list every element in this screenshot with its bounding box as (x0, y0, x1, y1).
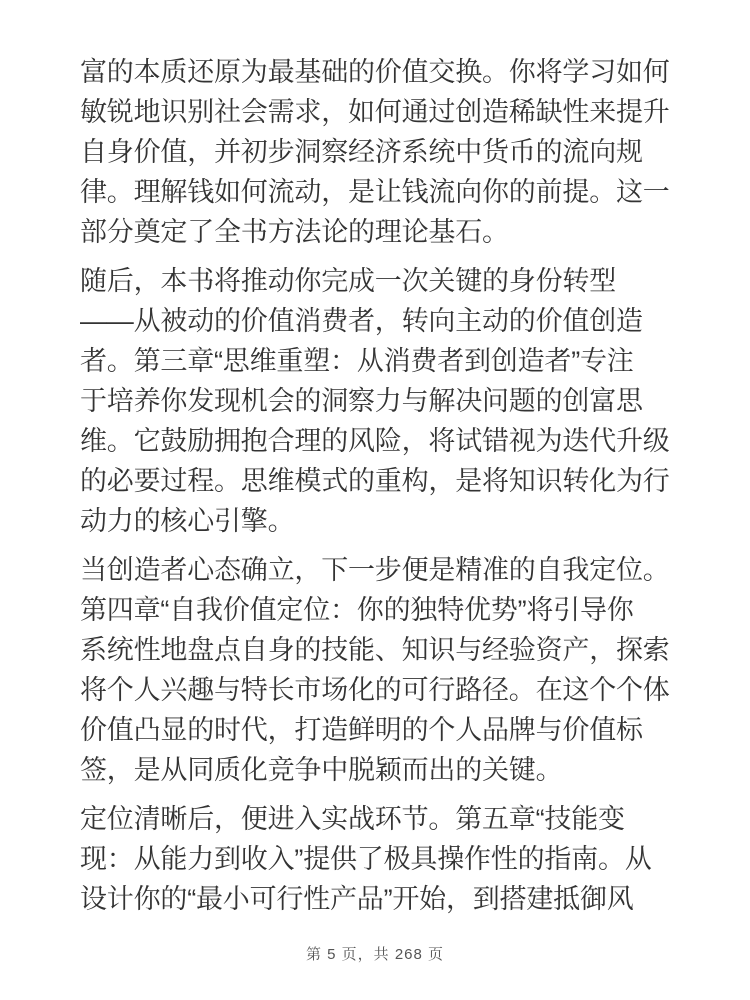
text-line: 系统性地盘点自身的技能、知识与经验资产，探索 (80, 630, 680, 670)
text-line: 设计你的“最小可行性产品”开始，到搭建抵御风 (80, 879, 680, 919)
paragraph: 当创造者心态确立，下一步便是精准的自我定位。第四章“自我价值定位：你的独特优势”… (80, 550, 680, 790)
text-line: 富的本质还原为最基础的价值交换。你将学习如何 (80, 52, 680, 92)
text-line: 于培养你发现机会的洞察力与解决问题的创富思 (80, 381, 680, 421)
text-line: 价值凸显的时代，打造鲜明的个人品牌与价值标 (80, 710, 680, 750)
text-line: 维。它鼓励拥抱合理的风险，将试错视为迭代升级 (80, 421, 680, 461)
page-body: 富的本质还原为最基础的价值交换。你将学习如何敏锐地识别社会需求，如何通过创造稀缺… (80, 52, 680, 928)
text-line: 敏锐地识别社会需求，如何通过创造稀缺性来提升 (80, 92, 680, 132)
text-line: 律。理解钱如何流动，是让钱流向你的前提。这一 (80, 172, 680, 212)
text-line: 的必要过程。思维模式的重构，是将知识转化为行 (80, 461, 680, 501)
document-page: 富的本质还原为最基础的价值交换。你将学习如何敏锐地识别社会需求，如何通过创造稀缺… (0, 0, 750, 1000)
text-line: 定位清晰后，便进入实战环节。第五章“技能变 (80, 799, 680, 839)
text-line: 当创造者心态确立，下一步便是精准的自我定位。 (80, 550, 680, 590)
text-line: 将个人兴趣与特长市场化的可行路径。在这个个体 (80, 670, 680, 710)
text-line: 第四章“自我价值定位：你的独特优势”将引导你 (80, 590, 680, 630)
paragraph: 定位清晰后，便进入实战环节。第五章“技能变现：从能力到收入”提供了极具操作性的指… (80, 799, 680, 919)
text-line: 自身价值，并初步洞察经济系统中货币的流向规 (80, 132, 680, 172)
text-line: 现：从能力到收入”提供了极具操作性的指南。从 (80, 839, 680, 879)
text-line: 随后，本书将推动你完成一次关键的身份转型 (80, 261, 680, 301)
text-line: 部分奠定了全书方法论的理论基石。 (80, 212, 680, 252)
text-line: 动力的核心引擎。 (80, 501, 680, 541)
page-number-indicator: 第 5 页，共 268 页 (0, 944, 750, 966)
paragraph: 富的本质还原为最基础的价值交换。你将学习如何敏锐地识别社会需求，如何通过创造稀缺… (80, 52, 680, 252)
text-line: ——从被动的价值消费者，转向主动的价值创造 (80, 301, 680, 341)
text-line: 签，是从同质化竞争中脱颖而出的关键。 (80, 750, 680, 790)
paragraph: 随后，本书将推动你完成一次关键的身份转型——从被动的价值消费者，转向主动的价值创… (80, 261, 680, 541)
text-line: 者。第三章“思维重塑：从消费者到创造者”专注 (80, 341, 680, 381)
